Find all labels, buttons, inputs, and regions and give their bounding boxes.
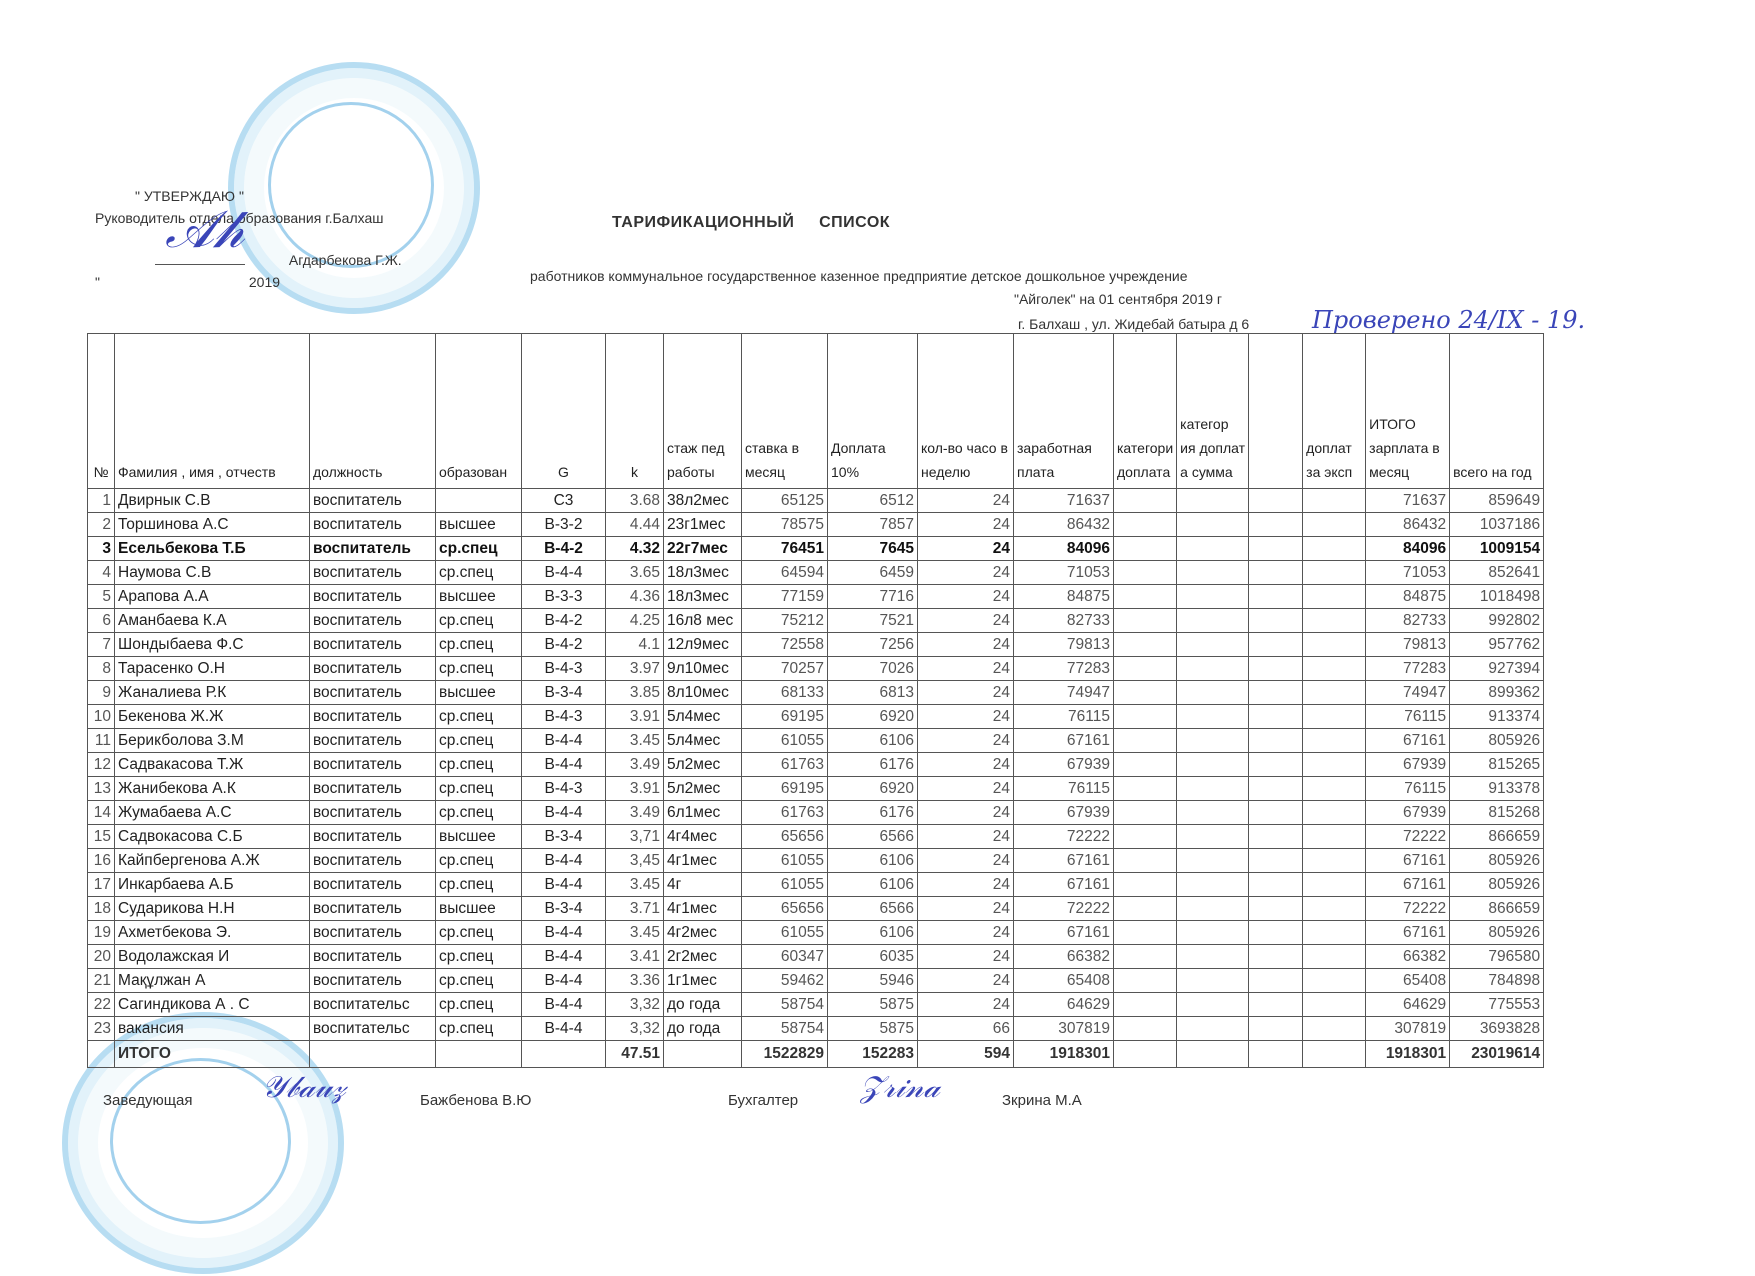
cell-zp: 74947 bbox=[1014, 681, 1114, 705]
cell-n: 2 bbox=[88, 513, 115, 537]
cell-stavka: 65656 bbox=[742, 825, 828, 849]
cell-itogo: 74947 bbox=[1366, 681, 1450, 705]
cell-stazh: 5л4мес bbox=[664, 729, 742, 753]
cell-itogo: 76115 bbox=[1366, 777, 1450, 801]
total-empty-cell bbox=[1177, 1041, 1249, 1068]
cell-stavka: 78575 bbox=[742, 513, 828, 537]
cell-name: Шондыбаева Ф.С bbox=[115, 633, 310, 657]
approval-block: " УТВЕРЖДАЮ " Руководитель отдела образо… bbox=[95, 185, 402, 293]
cell-n: 1 bbox=[88, 489, 115, 513]
cell-hours: 24 bbox=[918, 849, 1014, 873]
cell-zp: 65408 bbox=[1014, 969, 1114, 993]
table-row: 7Шондыбаева Ф.Своспитательср.спецВ-4-24.… bbox=[88, 633, 1544, 657]
cell-stazh: 5л2мес bbox=[664, 753, 742, 777]
cell-stazh: 6л1мес bbox=[664, 801, 742, 825]
cell-catsum bbox=[1177, 849, 1249, 873]
cell-g: В-4-2 bbox=[522, 633, 606, 657]
cell-exp bbox=[1303, 513, 1366, 537]
cell-itogo: 67939 bbox=[1366, 753, 1450, 777]
cell-name: Жаналиева Р.К bbox=[115, 681, 310, 705]
cell-g: С3 bbox=[522, 489, 606, 513]
cell-year: 3693828 bbox=[1450, 1017, 1544, 1041]
cell-pos: воспитательс bbox=[310, 1017, 436, 1041]
cell-dop: 6566 bbox=[828, 825, 918, 849]
cell-zp: 71637 bbox=[1014, 489, 1114, 513]
cell-edu: ср.спец bbox=[436, 873, 522, 897]
cell-stazh: 4г1мес bbox=[664, 849, 742, 873]
total-k: 47.51 bbox=[606, 1041, 664, 1068]
cell-cat bbox=[1114, 921, 1177, 945]
head-name: Бажбенова В.Ю bbox=[420, 1092, 531, 1109]
cell-year: 805926 bbox=[1450, 729, 1544, 753]
cell-zp: 71053 bbox=[1014, 561, 1114, 585]
cell-stazh: 22г7мес bbox=[664, 537, 742, 561]
cell-exp bbox=[1303, 585, 1366, 609]
cell-stavka: 61055 bbox=[742, 921, 828, 945]
cell-dop: 6176 bbox=[828, 753, 918, 777]
cell-year: 927394 bbox=[1450, 657, 1544, 681]
cell-hours: 66 bbox=[918, 1017, 1014, 1041]
cell-exp bbox=[1303, 489, 1366, 513]
cell-edu: высшее bbox=[436, 513, 522, 537]
cell-pos: воспитатель bbox=[310, 801, 436, 825]
cell-stavka: 59462 bbox=[742, 969, 828, 993]
cell-hours: 24 bbox=[918, 609, 1014, 633]
cell-year: 1037186 bbox=[1450, 513, 1544, 537]
cell-stazh: 4г bbox=[664, 873, 742, 897]
approval-heading: " УТВЕРЖДАЮ " bbox=[95, 185, 402, 207]
total-stavka: 1522829 bbox=[742, 1041, 828, 1068]
cell-itogo: 64629 bbox=[1366, 993, 1450, 1017]
cell-blank bbox=[1249, 513, 1303, 537]
cell-edu: ср.спец bbox=[436, 537, 522, 561]
cell-n: 6 bbox=[88, 609, 115, 633]
cell-g: В-3-2 bbox=[522, 513, 606, 537]
cell-n: 15 bbox=[88, 825, 115, 849]
cell-k: 3.91 bbox=[606, 777, 664, 801]
total-itogo: 1918301 bbox=[1366, 1041, 1450, 1068]
cell-dop: 6106 bbox=[828, 849, 918, 873]
cell-stavka: 61055 bbox=[742, 873, 828, 897]
cell-hours: 24 bbox=[918, 585, 1014, 609]
cell-year: 815265 bbox=[1450, 753, 1544, 777]
cell-hours: 24 bbox=[918, 873, 1014, 897]
cell-cat bbox=[1114, 897, 1177, 921]
cell-exp bbox=[1303, 561, 1366, 585]
table-row: 23вакансиявоспитательсср.спецВ-4-43,32до… bbox=[88, 1017, 1544, 1041]
cell-itogo: 84875 bbox=[1366, 585, 1450, 609]
cell-exp bbox=[1303, 537, 1366, 561]
cell-exp bbox=[1303, 633, 1366, 657]
cell-edu: ср.спец bbox=[436, 993, 522, 1017]
cell-cat bbox=[1114, 753, 1177, 777]
cell-cat bbox=[1114, 681, 1177, 705]
cell-name: Арапова А.А bbox=[115, 585, 310, 609]
cell-pos: воспитатель bbox=[310, 537, 436, 561]
cell-blank bbox=[1249, 777, 1303, 801]
cell-g: В-4-4 bbox=[522, 753, 606, 777]
cell-itogo: 72222 bbox=[1366, 825, 1450, 849]
cell-zp: 76115 bbox=[1014, 777, 1114, 801]
cell-itogo: 82733 bbox=[1366, 609, 1450, 633]
cell-itogo: 79813 bbox=[1366, 633, 1450, 657]
cell-year: 805926 bbox=[1450, 873, 1544, 897]
approval-quote: " bbox=[95, 274, 100, 290]
cell-dop: 5875 bbox=[828, 993, 918, 1017]
cell-stazh: до года bbox=[664, 993, 742, 1017]
cell-pos: воспитатель bbox=[310, 681, 436, 705]
cell-pos: воспитатель bbox=[310, 897, 436, 921]
cell-zp: 84875 bbox=[1014, 585, 1114, 609]
cell-catsum bbox=[1177, 609, 1249, 633]
table-row: 10Бекенова Ж.Жвоспитательср.спецВ-4-33.9… bbox=[88, 705, 1544, 729]
total-empty-cell bbox=[310, 1041, 436, 1068]
cell-dop: 6035 bbox=[828, 945, 918, 969]
cell-dop: 6176 bbox=[828, 801, 918, 825]
cell-stazh: 9л10мес bbox=[664, 657, 742, 681]
cell-edu: ср.спец bbox=[436, 753, 522, 777]
cell-edu: высшее bbox=[436, 681, 522, 705]
cell-cat bbox=[1114, 849, 1177, 873]
cell-stavka: 77159 bbox=[742, 585, 828, 609]
cell-exp bbox=[1303, 681, 1366, 705]
table-row: 21Мақұлжан Авоспитательср.спецВ-4-43.361… bbox=[88, 969, 1544, 993]
cell-year: 992802 bbox=[1450, 609, 1544, 633]
cell-k: 3.49 bbox=[606, 753, 664, 777]
cell-dop: 6106 bbox=[828, 729, 918, 753]
cell-blank bbox=[1249, 585, 1303, 609]
table-header-row: №Фамилия , имя , отчествдолжностьобразов… bbox=[88, 334, 1544, 489]
cell-k: 3.49 bbox=[606, 801, 664, 825]
cell-stavka: 70257 bbox=[742, 657, 828, 681]
cell-blank bbox=[1249, 657, 1303, 681]
cell-catsum bbox=[1177, 681, 1249, 705]
cell-zp: 79813 bbox=[1014, 633, 1114, 657]
cell-edu: высшее bbox=[436, 585, 522, 609]
cell-blank bbox=[1249, 1017, 1303, 1041]
cell-catsum bbox=[1177, 969, 1249, 993]
cell-stazh: 18л3мес bbox=[664, 561, 742, 585]
cell-name: Аманбаева К.А bbox=[115, 609, 310, 633]
cell-dop: 7026 bbox=[828, 657, 918, 681]
cell-catsum bbox=[1177, 825, 1249, 849]
cell-edu: высшее bbox=[436, 897, 522, 921]
cell-catsum bbox=[1177, 873, 1249, 897]
cell-name: вакансия bbox=[115, 1017, 310, 1041]
cell-dop: 7645 bbox=[828, 537, 918, 561]
cell-k: 3,45 bbox=[606, 849, 664, 873]
cell-blank bbox=[1249, 561, 1303, 585]
cell-stazh: 4г2мес bbox=[664, 921, 742, 945]
cell-n: 13 bbox=[88, 777, 115, 801]
cell-pos: воспитатель bbox=[310, 489, 436, 513]
cell-edu: ср.спец bbox=[436, 561, 522, 585]
cell-hours: 24 bbox=[918, 777, 1014, 801]
cell-name: Садвокасова С.Б bbox=[115, 825, 310, 849]
cell-exp bbox=[1303, 705, 1366, 729]
cell-g: В-4-4 bbox=[522, 993, 606, 1017]
cell-zp: 67161 bbox=[1014, 873, 1114, 897]
cell-year: 866659 bbox=[1450, 825, 1544, 849]
table-row: 15Садвокасова С.БвоспитательвысшееВ-3-43… bbox=[88, 825, 1544, 849]
total-empty-cell bbox=[664, 1041, 742, 1068]
total-empty-cell bbox=[1249, 1041, 1303, 1068]
cell-zp: 77283 bbox=[1014, 657, 1114, 681]
table-row: 12Садвакасова Т.Жвоспитательср.спецВ-4-4… bbox=[88, 753, 1544, 777]
cell-itogo: 77283 bbox=[1366, 657, 1450, 681]
cell-name: Бекенова Ж.Ж bbox=[115, 705, 310, 729]
cell-edu: высшее bbox=[436, 825, 522, 849]
cell-n: 20 bbox=[88, 945, 115, 969]
total-year: 23019614 bbox=[1450, 1041, 1544, 1068]
cell-cat bbox=[1114, 993, 1177, 1017]
total-zp: 1918301 bbox=[1014, 1041, 1114, 1068]
cell-pos: воспитатель bbox=[310, 921, 436, 945]
cell-hours: 24 bbox=[918, 633, 1014, 657]
cell-g: В-4-2 bbox=[522, 537, 606, 561]
cell-dop: 6920 bbox=[828, 705, 918, 729]
cell-name: Есельбекова Т.Б bbox=[115, 537, 310, 561]
cell-stazh: 1г1мес bbox=[664, 969, 742, 993]
cell-itogo: 76115 bbox=[1366, 705, 1450, 729]
cell-stazh: 16л8 мес bbox=[664, 609, 742, 633]
cell-blank bbox=[1249, 825, 1303, 849]
cell-k: 3.91 bbox=[606, 705, 664, 729]
cell-edu bbox=[436, 489, 522, 513]
cell-edu: ср.спец bbox=[436, 657, 522, 681]
cell-cat bbox=[1114, 513, 1177, 537]
cell-itogo: 65408 bbox=[1366, 969, 1450, 993]
table-row: 11Берикболова З.Мвоспитательср.спецВ-4-4… bbox=[88, 729, 1544, 753]
cell-g: В-4-4 bbox=[522, 849, 606, 873]
cell-k: 4.32 bbox=[606, 537, 664, 561]
cell-exp bbox=[1303, 777, 1366, 801]
cell-year: 775553 bbox=[1450, 993, 1544, 1017]
cell-itogo: 86432 bbox=[1366, 513, 1450, 537]
column-header: категори доплата bbox=[1114, 334, 1177, 489]
table-row: 22Сагиндикова А . Своспитательсср.спецВ-… bbox=[88, 993, 1544, 1017]
cell-zp: 72222 bbox=[1014, 825, 1114, 849]
cell-zp: 67161 bbox=[1014, 921, 1114, 945]
cell-dop: 7716 bbox=[828, 585, 918, 609]
cell-dop: 7256 bbox=[828, 633, 918, 657]
cell-blank bbox=[1249, 945, 1303, 969]
cell-pos: воспитатель bbox=[310, 753, 436, 777]
cell-k: 3.45 bbox=[606, 729, 664, 753]
cell-stavka: 61763 bbox=[742, 753, 828, 777]
cell-pos: воспитатель bbox=[310, 777, 436, 801]
cell-zp: 84096 bbox=[1014, 537, 1114, 561]
cell-blank bbox=[1249, 801, 1303, 825]
cell-exp bbox=[1303, 993, 1366, 1017]
cell-blank bbox=[1249, 537, 1303, 561]
cell-g: В-4-4 bbox=[522, 945, 606, 969]
cell-itogo: 67161 bbox=[1366, 921, 1450, 945]
cell-n: 22 bbox=[88, 993, 115, 1017]
column-header: категор ия доплат а сумма bbox=[1177, 334, 1249, 489]
cell-zp: 67161 bbox=[1014, 729, 1114, 753]
cell-n: 10 bbox=[88, 705, 115, 729]
cell-itogo: 67939 bbox=[1366, 801, 1450, 825]
cell-hours: 24 bbox=[918, 513, 1014, 537]
cell-cat bbox=[1114, 1017, 1177, 1041]
cell-dop: 6813 bbox=[828, 681, 918, 705]
cell-dop: 6459 bbox=[828, 561, 918, 585]
cell-blank bbox=[1249, 609, 1303, 633]
cell-stavka: 61055 bbox=[742, 729, 828, 753]
cell-hours: 24 bbox=[918, 801, 1014, 825]
cell-stavka: 64594 bbox=[742, 561, 828, 585]
cell-k: 3,71 bbox=[606, 825, 664, 849]
cell-exp bbox=[1303, 873, 1366, 897]
total-label: ИТОГО bbox=[115, 1041, 310, 1068]
cell-pos: воспитатель bbox=[310, 945, 436, 969]
cell-hours: 24 bbox=[918, 705, 1014, 729]
cell-year: 1009154 bbox=[1450, 537, 1544, 561]
cell-cat bbox=[1114, 705, 1177, 729]
cell-g: В-4-3 bbox=[522, 657, 606, 681]
cell-blank bbox=[1249, 633, 1303, 657]
table-row: 2Торшинова А.СвоспитательвысшееВ-3-24.44… bbox=[88, 513, 1544, 537]
cell-catsum bbox=[1177, 489, 1249, 513]
cell-year: 913378 bbox=[1450, 777, 1544, 801]
cell-name: Мақұлжан А bbox=[115, 969, 310, 993]
cell-exp bbox=[1303, 945, 1366, 969]
cell-g: В-3-4 bbox=[522, 897, 606, 921]
cell-year: 805926 bbox=[1450, 849, 1544, 873]
table-row: 14Жумабаева А.Своспитательср.спецВ-4-43.… bbox=[88, 801, 1544, 825]
cell-exp bbox=[1303, 1017, 1366, 1041]
cell-g: В-3-4 bbox=[522, 681, 606, 705]
column-header: ИТОГО зарплата в месяц bbox=[1366, 334, 1450, 489]
cell-stazh: 12л9мес bbox=[664, 633, 742, 657]
cell-cat bbox=[1114, 729, 1177, 753]
cell-dop: 6920 bbox=[828, 777, 918, 801]
cell-stavka: 58754 bbox=[742, 993, 828, 1017]
cell-blank bbox=[1249, 873, 1303, 897]
cell-name: Торшинова А.С bbox=[115, 513, 310, 537]
table-row: 5Арапова А.АвоспитательвысшееВ-3-34.3618… bbox=[88, 585, 1544, 609]
cell-cat bbox=[1114, 777, 1177, 801]
cell-edu: ср.спец bbox=[436, 801, 522, 825]
document-subtitle: работников коммунальное государственное … bbox=[530, 268, 1188, 284]
cell-cat bbox=[1114, 633, 1177, 657]
cell-stazh: 5л2мес bbox=[664, 777, 742, 801]
cell-pos: воспитатель bbox=[310, 849, 436, 873]
approval-signature: 𝒜𝒽 bbox=[165, 200, 244, 261]
cell-itogo: 67161 bbox=[1366, 729, 1450, 753]
cell-dop: 6106 bbox=[828, 921, 918, 945]
cell-blank bbox=[1249, 705, 1303, 729]
total-empty-cell bbox=[1114, 1041, 1177, 1068]
cell-n: 12 bbox=[88, 753, 115, 777]
table-row: 13Жанибекова А.Квоспитательср.спецВ-4-33… bbox=[88, 777, 1544, 801]
approval-year: 2019 bbox=[104, 274, 280, 290]
cell-itogo: 67161 bbox=[1366, 849, 1450, 873]
cell-g: В-3-3 bbox=[522, 585, 606, 609]
accountant-name: Зкрина М.А bbox=[1002, 1092, 1082, 1109]
cell-name: Наумова С.В bbox=[115, 561, 310, 585]
cell-pos: воспитательс bbox=[310, 993, 436, 1017]
cell-blank bbox=[1249, 729, 1303, 753]
cell-exp bbox=[1303, 921, 1366, 945]
cell-stazh: 23г1мес bbox=[664, 513, 742, 537]
cell-n: 4 bbox=[88, 561, 115, 585]
cell-stazh: 2г2мес bbox=[664, 945, 742, 969]
column-header: Фамилия , имя , отчеств bbox=[115, 334, 310, 489]
cell-stavka: 65656 bbox=[742, 897, 828, 921]
cell-k: 3,32 bbox=[606, 993, 664, 1017]
cell-k: 3.68 bbox=[606, 489, 664, 513]
cell-name: Тарасенко О.Н bbox=[115, 657, 310, 681]
total-dop: 152283 bbox=[828, 1041, 918, 1068]
cell-exp bbox=[1303, 753, 1366, 777]
cell-hours: 24 bbox=[918, 489, 1014, 513]
cell-edu: ср.спец bbox=[436, 1017, 522, 1041]
cell-k: 3.65 bbox=[606, 561, 664, 585]
cell-stazh: 5л4мес bbox=[664, 705, 742, 729]
total-empty-cell bbox=[88, 1041, 115, 1068]
cell-n: 7 bbox=[88, 633, 115, 657]
cell-year: 859649 bbox=[1450, 489, 1544, 513]
cell-blank bbox=[1249, 969, 1303, 993]
cell-n: 17 bbox=[88, 873, 115, 897]
cell-catsum bbox=[1177, 537, 1249, 561]
cell-name: Кайпбергенова А.Ж bbox=[115, 849, 310, 873]
cell-itogo: 71637 bbox=[1366, 489, 1450, 513]
cell-k: 3.36 bbox=[606, 969, 664, 993]
cell-edu: ср.спец bbox=[436, 609, 522, 633]
cell-edu: ср.спец bbox=[436, 729, 522, 753]
accountant-label: Бухгалтер bbox=[728, 1092, 798, 1109]
column-header: кол-во часо в неделю bbox=[918, 334, 1014, 489]
cell-hours: 24 bbox=[918, 753, 1014, 777]
cell-name: Садвакасова Т.Ж bbox=[115, 753, 310, 777]
cell-cat bbox=[1114, 969, 1177, 993]
cell-stavka: 61055 bbox=[742, 849, 828, 873]
cell-pos: воспитатель bbox=[310, 705, 436, 729]
cell-catsum bbox=[1177, 657, 1249, 681]
cell-pos: воспитатель bbox=[310, 657, 436, 681]
cell-zp: 64629 bbox=[1014, 993, 1114, 1017]
cell-catsum bbox=[1177, 921, 1249, 945]
cell-catsum bbox=[1177, 633, 1249, 657]
column-header: Доплата 10% bbox=[828, 334, 918, 489]
cell-itogo: 67161 bbox=[1366, 873, 1450, 897]
head-signature: 𝒴𝒷𝒶𝓊𝓏 bbox=[262, 1070, 346, 1105]
cell-g: В-4-4 bbox=[522, 729, 606, 753]
accountant-signature: 𝒵𝓇𝒾𝓃𝒶 bbox=[860, 1070, 940, 1105]
cell-g: В-4-3 bbox=[522, 777, 606, 801]
cell-exp bbox=[1303, 657, 1366, 681]
cell-k: 3.71 bbox=[606, 897, 664, 921]
cell-stavka: 65125 bbox=[742, 489, 828, 513]
cell-exp bbox=[1303, 609, 1366, 633]
column-header: доплат за эксп bbox=[1303, 334, 1366, 489]
cell-name: Сударикова Н.Н bbox=[115, 897, 310, 921]
cell-stazh: 38л2мес bbox=[664, 489, 742, 513]
cell-k: 4.1 bbox=[606, 633, 664, 657]
cell-itogo: 307819 bbox=[1366, 1017, 1450, 1041]
cell-n: 8 bbox=[88, 657, 115, 681]
cell-stavka: 69195 bbox=[742, 777, 828, 801]
cell-n: 3 bbox=[88, 537, 115, 561]
cell-name: Водолажская И bbox=[115, 945, 310, 969]
column-header: стаж пед работы bbox=[664, 334, 742, 489]
cell-g: В-4-4 bbox=[522, 561, 606, 585]
cell-year: 899362 bbox=[1450, 681, 1544, 705]
cell-hours: 24 bbox=[918, 657, 1014, 681]
